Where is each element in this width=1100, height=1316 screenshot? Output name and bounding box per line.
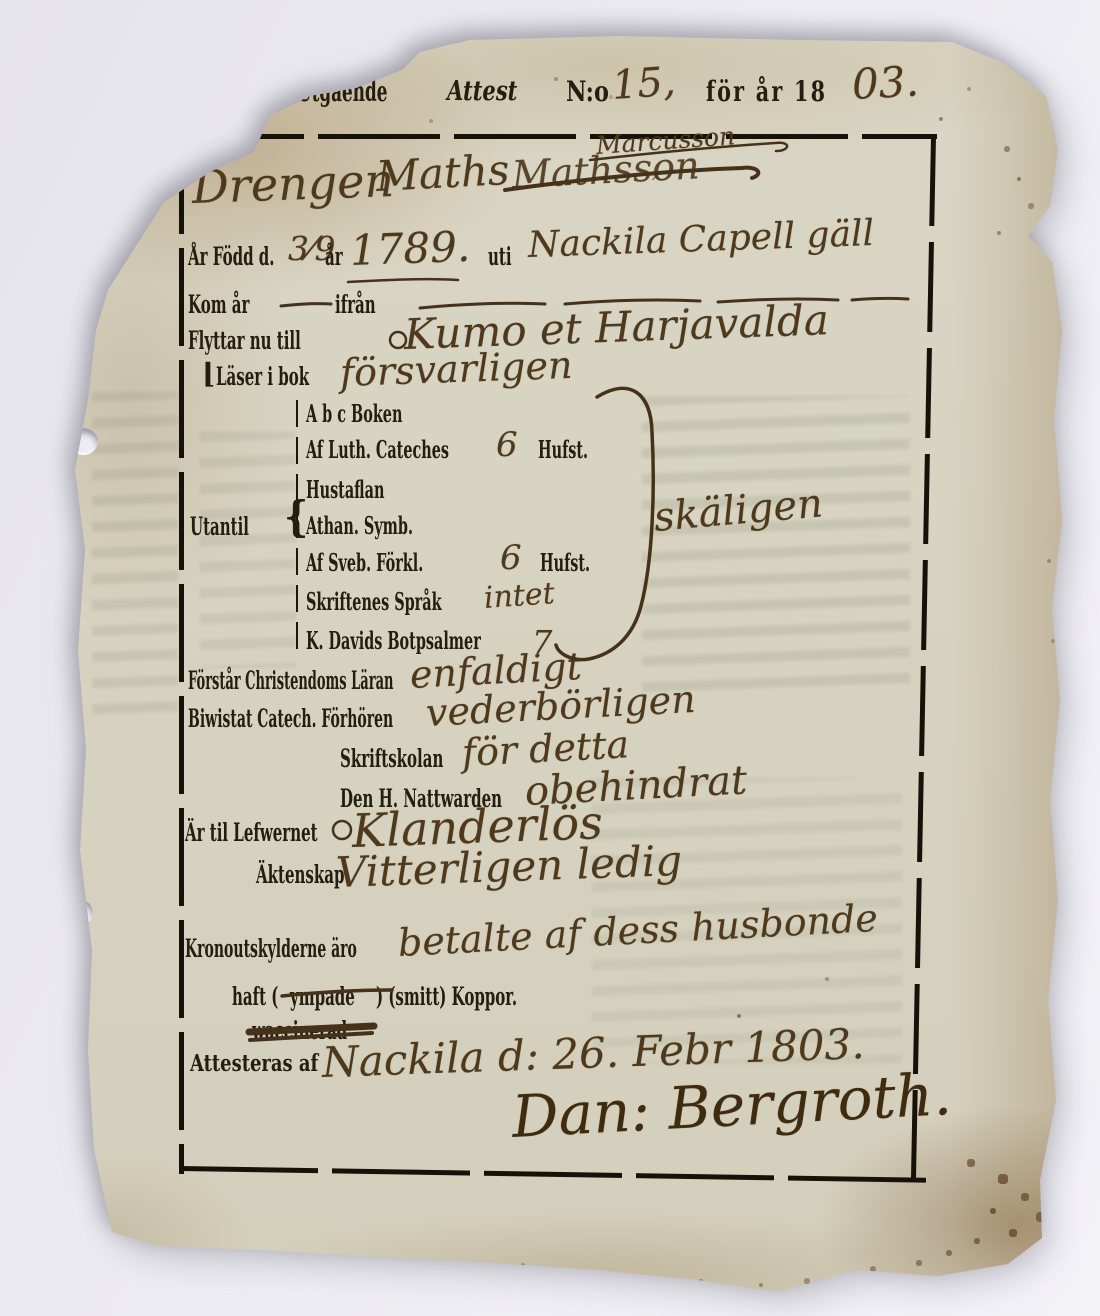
birth-year-handwritten: 1789.: [349, 226, 471, 272]
attested-by-label: Attesteras af: [190, 1052, 318, 1075]
bleed-through-text: [642, 396, 910, 696]
birth-place-handwritten: Nackila Capell gäll: [527, 216, 874, 264]
person-surname-correction: Marcusson: [595, 123, 736, 158]
person-title-handwritten: Drengen: [191, 157, 394, 210]
list-item-cateches: Af Luth. Cateches: [306, 438, 449, 462]
sveb-count-handwritten: 6: [500, 541, 522, 575]
list-item-athan-symb: Athan. Symb.: [306, 514, 413, 538]
person-firstname-handwritten: Maths: [375, 149, 511, 198]
reads-grade-handwritten: försvarligen: [339, 346, 573, 392]
taxes-label: Kronoutskylderne äro: [185, 936, 357, 961]
list-item-abc: A b c Boken: [306, 402, 402, 426]
flourish-loop: [333, 821, 351, 839]
pox-label-1: haft (: [232, 984, 278, 1009]
bleed-through-text: [92, 392, 178, 722]
marriage-label: Äktenskap: [256, 862, 344, 887]
header-word-attest: Attest: [447, 78, 517, 105]
blank-dash-stroke: [281, 304, 331, 306]
attest-year-handwritten: 03.: [851, 61, 920, 106]
form-border-bottom: [180, 1166, 940, 1183]
year-underline-stroke: [348, 279, 458, 282]
born-year-label: år: [325, 244, 343, 269]
document-paper: Utgående Attest N:o 15, för år 18 03. Dr…: [0, 0, 1100, 1316]
bleed-through-text: [200, 432, 296, 668]
scanned-document-photo: Utgående Attest N:o 15, för år 18 03. Dr…: [0, 0, 1100, 1316]
pox-label-2: ) (smitt) Koppor.: [376, 984, 517, 1009]
header-word-utgaende: Utgående: [297, 78, 387, 106]
punch-hole: [63, 899, 93, 926]
marriage-handwritten: Vitterligen ledig: [335, 840, 682, 894]
brace-glyph: {: [284, 496, 308, 538]
form-border-left: [179, 136, 184, 1174]
born-label: År Född d.: [188, 244, 275, 269]
header-word-no: N:o: [566, 78, 609, 106]
form-border-top: [182, 134, 937, 139]
punch-hole: [68, 428, 98, 455]
list-item-hustaflan: Hustaflan: [306, 478, 384, 502]
memorized-bracket-stroke: [556, 388, 653, 659]
came-year-label: Kom år: [188, 292, 249, 317]
form-border-right: [911, 136, 936, 1182]
insertion-caret: x: [652, 167, 661, 183]
skriftenes-handwritten: intet: [483, 579, 556, 614]
paper-shadow: Utgående Attest N:o 15, för år 18 03. Dr…: [0, 0, 1100, 1316]
cateches-suffix: Hufst.: [538, 438, 588, 462]
understanding-label: Förstår Christendoms Läran: [188, 668, 393, 693]
moves-to-label: Flyttar nu till: [188, 328, 301, 353]
came-from-label: ifrån: [335, 292, 376, 317]
conduct-label: Är til Lefwernet: [185, 820, 318, 845]
list-item-botpsalmer: K. Davids Botpsalmer: [306, 629, 481, 653]
reads-label: Läser i bok: [216, 364, 309, 389]
bracket-mark: ⌊: [202, 360, 215, 388]
attest-number-handwritten: 15,: [611, 62, 677, 106]
pox-struck-word: ympade: [290, 984, 355, 1009]
list-item-skriftenes: Skriftenes Språk: [306, 590, 442, 614]
list-item-sveb-forkl: Af Sveb. Förkl.: [306, 551, 423, 575]
cateches-count-handwritten: 6: [496, 428, 518, 462]
born-place-label: uti: [488, 244, 512, 269]
confirmation-label: Skriftskolan: [340, 746, 443, 771]
catechism-label: Biwistat Catech. Förhören: [188, 706, 393, 731]
sveb-suffix: Hufst.: [540, 551, 590, 575]
blank-dash-stroke: [852, 298, 908, 300]
memorized-label: Utantil: [190, 514, 249, 539]
header-word-for-ar: för år 18: [706, 78, 827, 106]
dirt-speckles: [0, 0, 2, 2]
